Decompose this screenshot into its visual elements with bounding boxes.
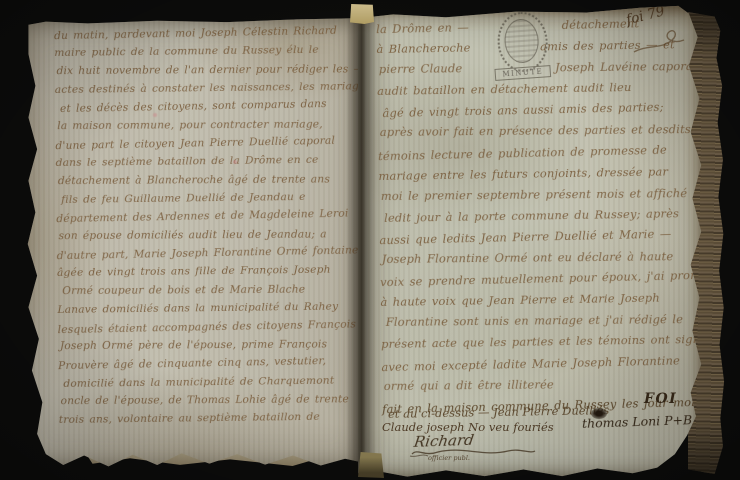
ink-speck: [233, 160, 237, 164]
manuscript-line: Ormé coupeur de bois et de Marie Blache: [62, 280, 363, 300]
binding-tab-top: [350, 4, 374, 24]
left-page: du matin, pardevant moi Joseph Célestin …: [18, 18, 366, 470]
stamp-banner-label: MINUTE: [494, 65, 551, 81]
manuscript-line: trois ans, volontaire au septième batail…: [59, 407, 365, 429]
manuscript-line: dix huit novembre de l'an dernier pour r…: [56, 60, 360, 80]
manuscript-photo: du matin, pardevant moi Joseph Célestin …: [0, 0, 740, 480]
binding-tab-bottom: [358, 452, 384, 478]
ink-flourish-icon: [630, 24, 686, 58]
ink-speck: [153, 113, 157, 117]
ink-blot: [591, 408, 607, 419]
right-page: la Drôme en — détachement à Blancheroche…: [358, 4, 710, 478]
officier-public-note: officier publ.: [428, 454, 470, 462]
manuscript-line: détachement à Blancheroche âgé de trente…: [58, 170, 362, 190]
manuscript-line: oncle de l'épouse, de Thomas Lohie âgé d…: [61, 390, 365, 410]
left-page-text: du matin, pardevant moi Joseph Célestin …: [54, 22, 365, 429]
binding-gutter-shadow: [346, 4, 376, 476]
closing-line: et au ci-dessus — Jean Pierre Duelliés: [388, 403, 609, 421]
manuscript-line: Florantine sont unis en mariage et j'ai …: [386, 309, 711, 333]
minute-stamp: MINUTE: [489, 10, 556, 84]
signature-foi-mark: FOI: [644, 391, 677, 407]
manuscript-line: moi le premier septembre présent mois et…: [381, 183, 709, 207]
